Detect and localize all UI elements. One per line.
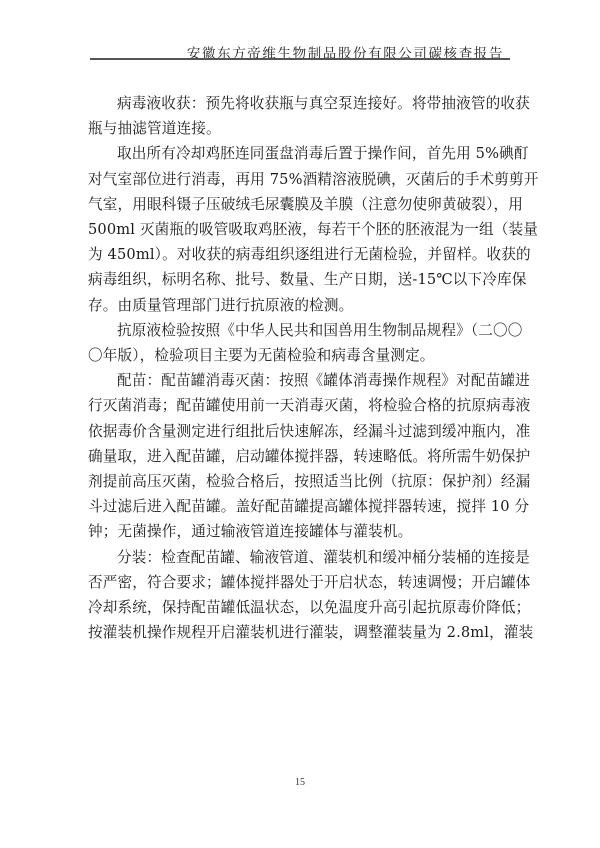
text-line: 钟；无菌操作，通过输液管道连接罐体与灌装机。	[88, 519, 512, 544]
text-line: 500ml 灭菌瓶的吸管吸取鸡胚液，每若干个胚的胚液混为一组（装量	[88, 217, 512, 242]
text-line: 按灌装机操作规程开启灌装机进行灌装，调整灌装量为 2.8ml，灌装	[88, 620, 512, 645]
text-line: 对气室部位进行消毒，再用 75%酒精溶液脱碘，灭菌后的手术剪剪开	[88, 167, 512, 192]
paragraph-vaccine-mixing: 配苗：配苗罐消毒灭菌：按照《罐体消毒操作规程》对配苗罐进 行灭菌消毒；配苗罐使用…	[88, 368, 512, 544]
text-line: 取出所有冷却鸡胚连同蛋盘消毒后置于操作间，首先用 5%碘酊	[88, 141, 512, 166]
text-line: 冷却系统，保持配苗罐低温状态，以免温度升高引起抗原毒价降低；	[88, 595, 512, 620]
text-line: 确量取，进入配苗罐，启动罐体搅拌器，转速略低。将所需牛奶保护	[88, 444, 512, 469]
page-number: 15	[0, 777, 600, 788]
document-body: 病毒液收获：预先将收获瓶与真空泵连接好。将带抽液管的收获 瓶与抽滤管道连接。 取…	[88, 91, 512, 645]
text-line: 为 450ml）。对收获的病毒组织逐组进行无菌检验，并留样。收获的	[88, 242, 512, 267]
text-line: 配苗：配苗罐消毒灭菌：按照《罐体消毒操作规程》对配苗罐进	[88, 368, 512, 393]
page-header: 安徽东方帝维生物制品股份有限公司碳核查报告	[90, 40, 510, 60]
text-line: 瓶与抽滤管道连接。	[88, 116, 512, 141]
paragraph-antigen-inspection: 抗原液检验按照《中华人民共和国兽用生物制品规程》（二〇〇 〇年版），检验项目主要…	[88, 318, 512, 368]
text-line: 分装：检查配苗罐、输液管道、灌装机和缓冲桶分装桶的连接是	[88, 545, 512, 570]
text-line: 〇年版），检验项目主要为无菌检验和病毒含量测定。	[88, 343, 512, 368]
text-line: 存。由质量管理部门进行抗原液的检测。	[88, 293, 512, 318]
text-line: 依据毒价含量测定进行组批后快速解冻，经漏斗过滤到缓冲瓶内，准	[88, 419, 512, 444]
text-line: 病毒液收获：预先将收获瓶与真空泵连接好。将带抽液管的收获	[88, 91, 512, 116]
paragraph-filling: 分装：检查配苗罐、输液管道、灌装机和缓冲桶分装桶的连接是 否严密，符合要求；罐体…	[88, 545, 512, 646]
paragraph-embryo-processing: 取出所有冷却鸡胚连同蛋盘消毒后置于操作间，首先用 5%碘酊 对气室部位进行消毒，…	[88, 141, 512, 317]
text-line: 气室，用眼科镊子压破绒毛尿囊膜及羊膜（注意勿使卵黄破裂），用	[88, 192, 512, 217]
paragraph-virus-harvest: 病毒液收获：预先将收获瓶与真空泵连接好。将带抽液管的收获 瓶与抽滤管道连接。	[88, 91, 512, 141]
header-rule	[90, 58, 510, 60]
text-line: 行灭菌消毒；配苗罐使用前一天消毒灭菌，将检验合格的抗原病毒液	[88, 393, 512, 418]
text-line: 病毒组织，标明名称、批号、数量、生产日期，送-15℃以下冷库保	[88, 267, 512, 292]
text-line: 剂提前高压灭菌，检验合格后，按照适当比例（抗原：保护剂）经漏	[88, 469, 512, 494]
text-line: 否严密，符合要求；罐体搅拌器处于开启状态，转速调慢；开启罐体	[88, 570, 512, 595]
document-page: 安徽东方帝维生物制品股份有限公司碳核查报告 病毒液收获：预先将收获瓶与真空泵连接…	[0, 0, 600, 848]
text-line: 抗原液检验按照《中华人民共和国兽用生物制品规程》（二〇〇	[88, 318, 512, 343]
text-line: 斗过滤后进入配苗罐。盖好配苗罐提高罐体搅拌器转速，搅拌 10 分	[88, 494, 512, 519]
